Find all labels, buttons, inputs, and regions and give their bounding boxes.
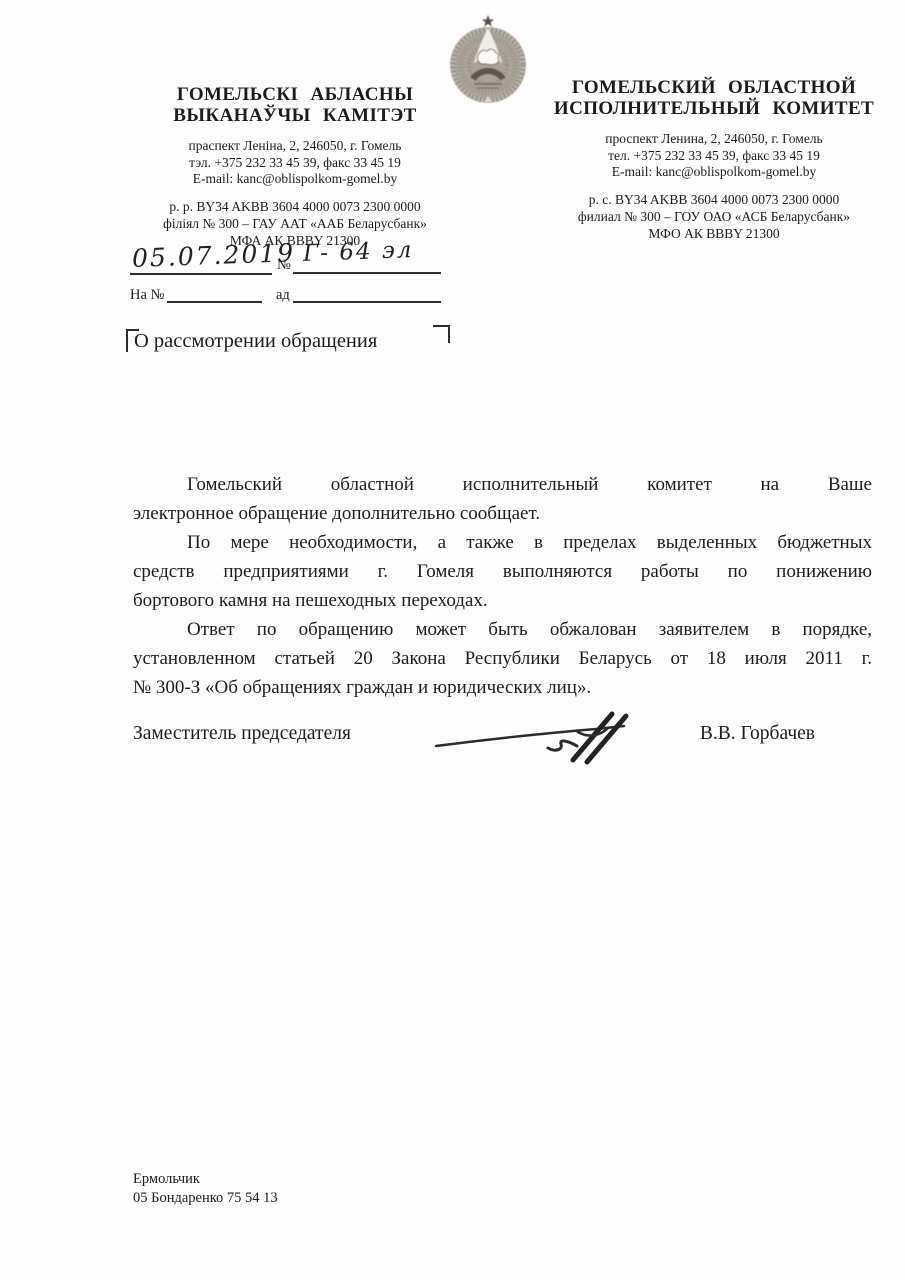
signer-name: В.В. Горбачев (700, 723, 815, 745)
org-title-ru: ГОМЕЛЬСКИЙ ОБЛАСТНОЙ ИСПОЛНИТЕЛЬНЫЙ КОМИ… (541, 77, 887, 119)
bank-block-by: р. р. BY34 AKBB 3604 4000 0073 2300 0000… (126, 198, 464, 249)
number-label: № (277, 257, 291, 274)
address-by-line2: тэл. +375 232 33 45 39, факс 33 45 19 (126, 155, 464, 172)
body-line: средств предприятиями г. Гомеля выполняю… (133, 557, 872, 586)
incoming-number-underline (167, 275, 262, 303)
address-ru-line2: тел. +375 232 33 45 39, факс 33 45 19 (541, 148, 887, 165)
letter-body: Гомельский областной исполнительный коми… (133, 470, 872, 702)
incoming-number-label: На № (130, 287, 164, 304)
scanned-letter-page: ГОМЕЛЬСКІ АБЛАСНЫ ВЫКАНАЎЧЫ КАМІТЭТ прас… (0, 0, 905, 1280)
signature-row: Заместитель председателя В.В. Горбачев (133, 710, 872, 770)
signer-position-title: Заместитель председателя (133, 723, 351, 745)
body-line: № 300-З «Об обращениях граждан и юридиче… (133, 673, 872, 702)
org-title-ru-line2: ИСПОЛНИТЕЛЬНЫЙ КОМИТЕТ (541, 98, 887, 119)
subject-line: О рассмотрении обращения (134, 330, 377, 353)
incoming-date-label: ад (276, 287, 290, 304)
body-line: электронное обращение дополнительно сооб… (133, 499, 872, 528)
header-right-russian: ГОМЕЛЬСКИЙ ОБЛАСТНОЙ ИСПОЛНИТЕЛЬНЫЙ КОМИ… (541, 77, 887, 242)
org-title-by: ГОМЕЛЬСКІ АБЛАСНЫ ВЫКАНАЎЧЫ КАМІТЭТ (126, 84, 464, 126)
bank-ru-line2: филиал № 300 – ГОУ ОАО «АСБ Беларусбанк» (541, 208, 887, 225)
body-line: Гомельский областной исполнительный коми… (133, 470, 872, 499)
header-left-belarusian: ГОМЕЛЬСКІ АБЛАСНЫ ВЫКАНАЎЧЫ КАМІТЭТ прас… (126, 84, 464, 249)
body-line: бортового камня на пешеходных переходах. (133, 586, 872, 615)
address-ru-line1: проспект Ленина, 2, 246050, г. Гомель (541, 131, 887, 148)
org-title-ru-line1: ГОМЕЛЬСКИЙ ОБЛАСТНОЙ (541, 77, 887, 98)
executor-footer: Ермольчик 05 Бондаренко 75 54 13 (133, 1170, 278, 1208)
address-by-line1: праспект Леніна, 2, 246050, г. Гомель (126, 138, 464, 155)
bank-by-line2: філіял № 300 – ГАУ ААТ «ААБ Беларусбанк» (126, 215, 464, 232)
number-underline (293, 246, 441, 274)
bank-ru-line3: МФО АК BBBY 21300 (541, 225, 887, 242)
body-line: По мере необходимости, а также в предела… (133, 528, 872, 557)
address-by-line3: E-mail: kanc@oblispolkom-gomel.by (126, 171, 464, 188)
address-ru-line3: E-mail: kanc@oblispolkom-gomel.by (541, 164, 887, 181)
date-underline (130, 247, 272, 275)
executor-phone: 05 Бондаренко 75 54 13 (133, 1189, 278, 1208)
org-title-by-line2: ВЫКАНАЎЧЫ КАМІТЭТ (126, 105, 464, 126)
handwritten-signature (428, 702, 643, 768)
executor-name: Ермольчик (133, 1170, 278, 1189)
incoming-date-underline (293, 275, 441, 303)
org-title-by-line1: ГОМЕЛЬСКІ АБЛАСНЫ (126, 84, 464, 105)
bank-ru-line1: р. с. BY34 AKBB 3604 4000 0073 2300 0000 (541, 191, 887, 208)
address-block-by: праспект Леніна, 2, 246050, г. Гомель тэ… (126, 138, 464, 188)
body-line: установленном статьей 20 Закона Республи… (133, 644, 872, 673)
body-line: Ответ по обращению может быть обжалован … (133, 615, 872, 644)
subject-corner-mark-right (433, 325, 450, 343)
address-block-ru: проспект Ленина, 2, 246050, г. Гомель те… (541, 131, 887, 181)
bank-block-ru: р. с. BY34 AKBB 3604 4000 0073 2300 0000… (541, 191, 887, 242)
bank-by-line1: р. р. BY34 AKBB 3604 4000 0073 2300 0000 (126, 198, 464, 215)
star-icon (482, 15, 494, 27)
